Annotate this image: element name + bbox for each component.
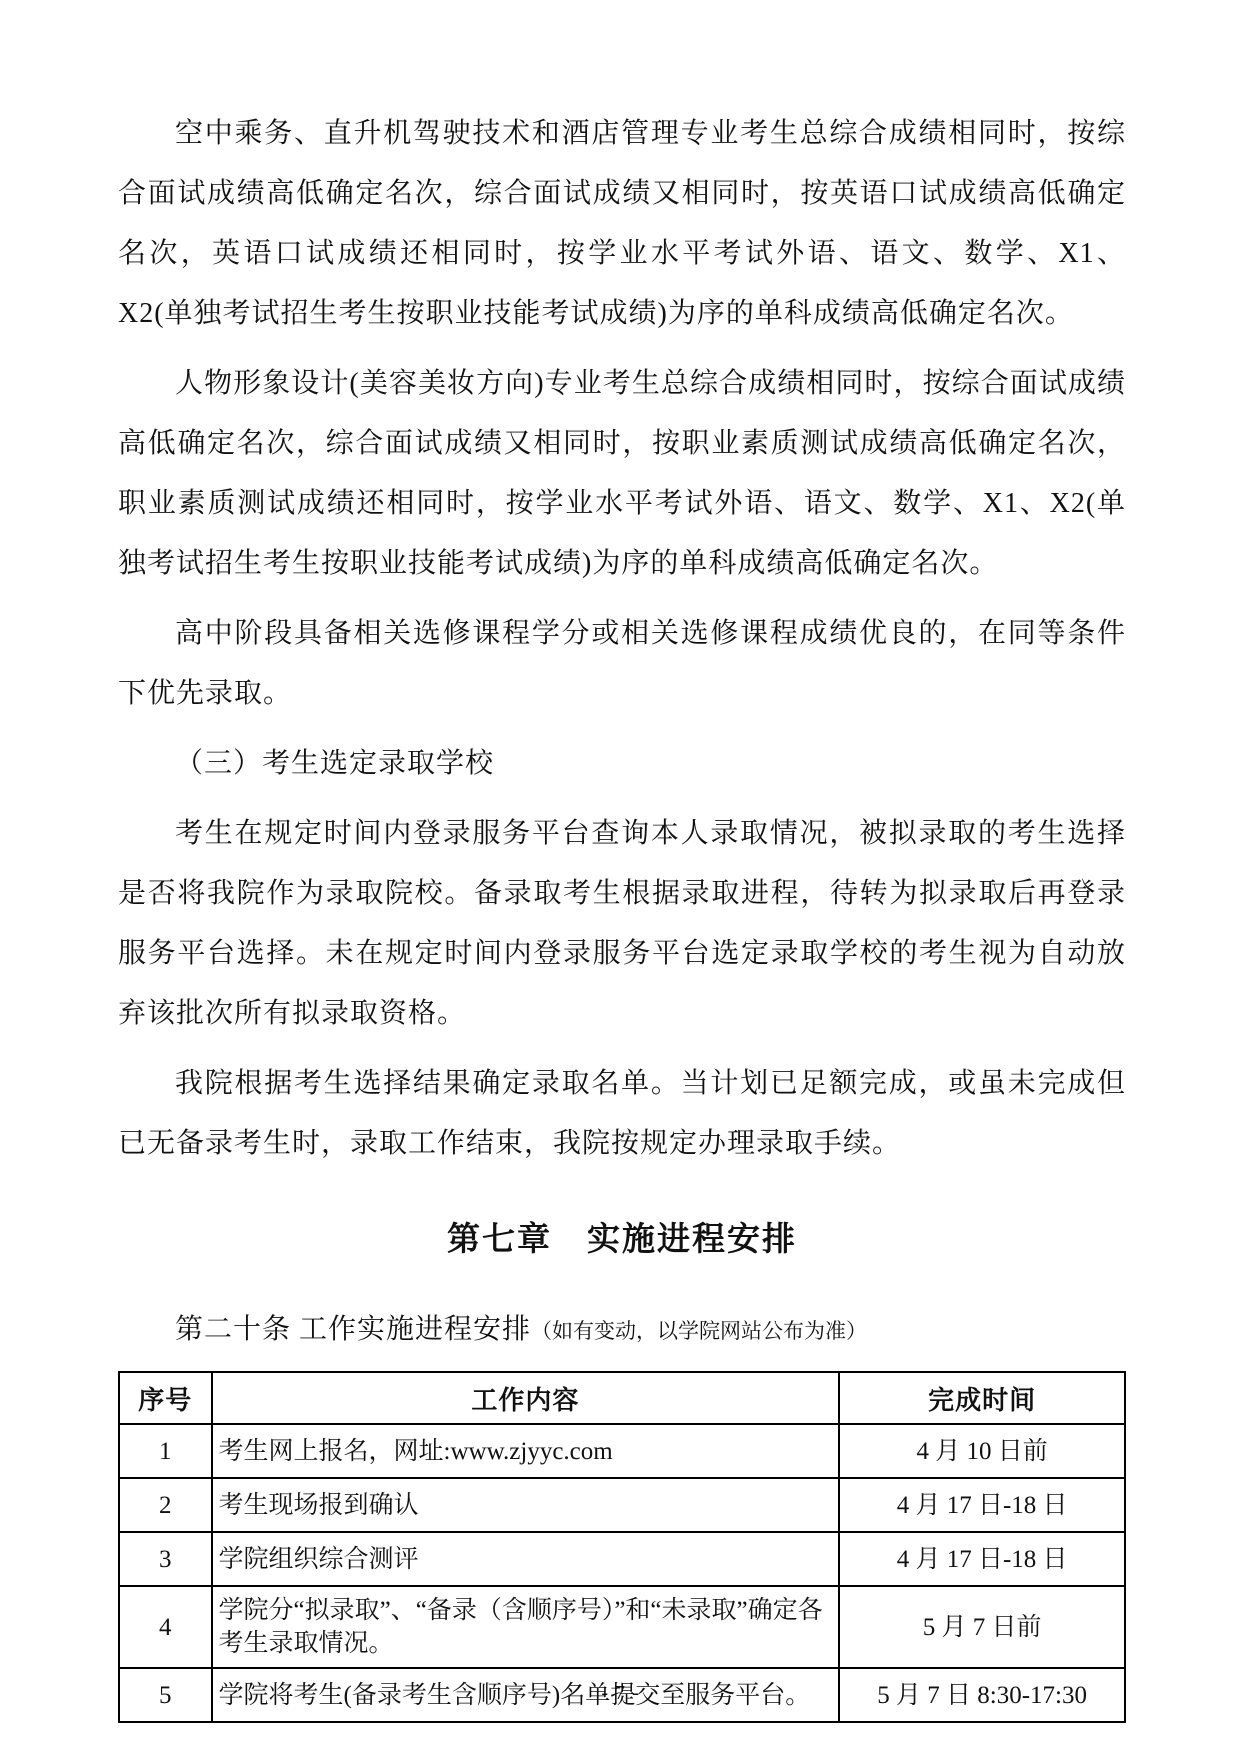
table-header-no: 序号 xyxy=(119,1372,212,1424)
document-page: 空中乘务、直升机驾驶技术和酒店管理专业考生总综合成绩相同时，按综合面试成绩高低确… xyxy=(0,0,1241,1754)
article-heading: 第二十条 工作实施进程安排（如有变动，以学院网站公布为准） xyxy=(118,1310,1126,1351)
chapter-heading: 第七章 实施进程安排 xyxy=(118,1218,1126,1262)
paragraph-elective-priority: 高中阶段具备相关选修课程学分或相关选修课程成绩优良的，在同等条件下优先录取。 xyxy=(118,604,1126,724)
cell-time: 4 月 10 日前 xyxy=(839,1424,1125,1478)
paragraph-tiebreak-aircrew: 空中乘务、直升机驾驶技术和酒店管理专业考生总综合成绩相同时，按综合面试成绩高低确… xyxy=(118,104,1126,344)
article-label: 第二十条 工作实施进程安排 xyxy=(175,1314,531,1345)
cell-time: 4 月 17 日-18 日 xyxy=(839,1532,1125,1586)
table-header-time: 完成时间 xyxy=(839,1372,1125,1424)
table-row: 1 考生网上报名，网址:www.zjyyc.com 4 月 10 日前 xyxy=(119,1424,1125,1478)
cell-row-no: 2 xyxy=(119,1478,212,1532)
cell-task: 学院组织综合测评 xyxy=(212,1532,840,1586)
article-note: （如有变动，以学院网站公布为准） xyxy=(531,1319,867,1343)
paragraph-admission-list: 我院根据考生选择结果确定录取名单。当计划已足额完成，或虽未完成但已无备录考生时，… xyxy=(118,1054,1126,1174)
table-row: 3 学院组织综合测评 4 月 17 日-18 日 xyxy=(119,1532,1125,1586)
page-number: - 7 - xyxy=(0,1682,1241,1705)
schedule-table: 序号 工作内容 完成时间 1 考生网上报名，网址:www.zjyyc.com 4… xyxy=(118,1371,1126,1723)
table-row: 4 学院分“拟录取”、“备录（含顺序号）”和“未录取”确定各考生录取情况。 5 … xyxy=(119,1586,1125,1668)
subsection-heading-school-selection: （三）考生选定录取学校 xyxy=(118,734,1126,794)
cell-row-no: 3 xyxy=(119,1532,212,1586)
cell-time: 5 月 7 日前 xyxy=(839,1586,1125,1668)
cell-task: 学院分“拟录取”、“备录（含顺序号）”和“未录取”确定各考生录取情况。 xyxy=(212,1586,840,1668)
table-header-row: 序号 工作内容 完成时间 xyxy=(119,1372,1125,1424)
document-content: 空中乘务、直升机驾驶技术和酒店管理专业考生总综合成绩相同时，按综合面试成绩高低确… xyxy=(118,104,1126,1723)
paragraph-candidate-selection: 考生在规定时间内登录服务平台查询本人录取情况，被拟录取的考生选择是否将我院作为录… xyxy=(118,804,1126,1044)
cell-time: 4 月 17 日-18 日 xyxy=(839,1478,1125,1532)
cell-row-no: 4 xyxy=(119,1586,212,1668)
cell-task: 考生网上报名，网址:www.zjyyc.com xyxy=(212,1424,840,1478)
table-row: 2 考生现场报到确认 4 月 17 日-18 日 xyxy=(119,1478,1125,1532)
cell-row-no: 1 xyxy=(119,1424,212,1478)
paragraph-tiebreak-image-design: 人物形象设计(美容美妆方向)专业考生总综合成绩相同时，按综合面试成绩高低确定名次… xyxy=(118,354,1126,594)
table-header-task: 工作内容 xyxy=(212,1372,840,1424)
cell-task: 考生现场报到确认 xyxy=(212,1478,840,1532)
